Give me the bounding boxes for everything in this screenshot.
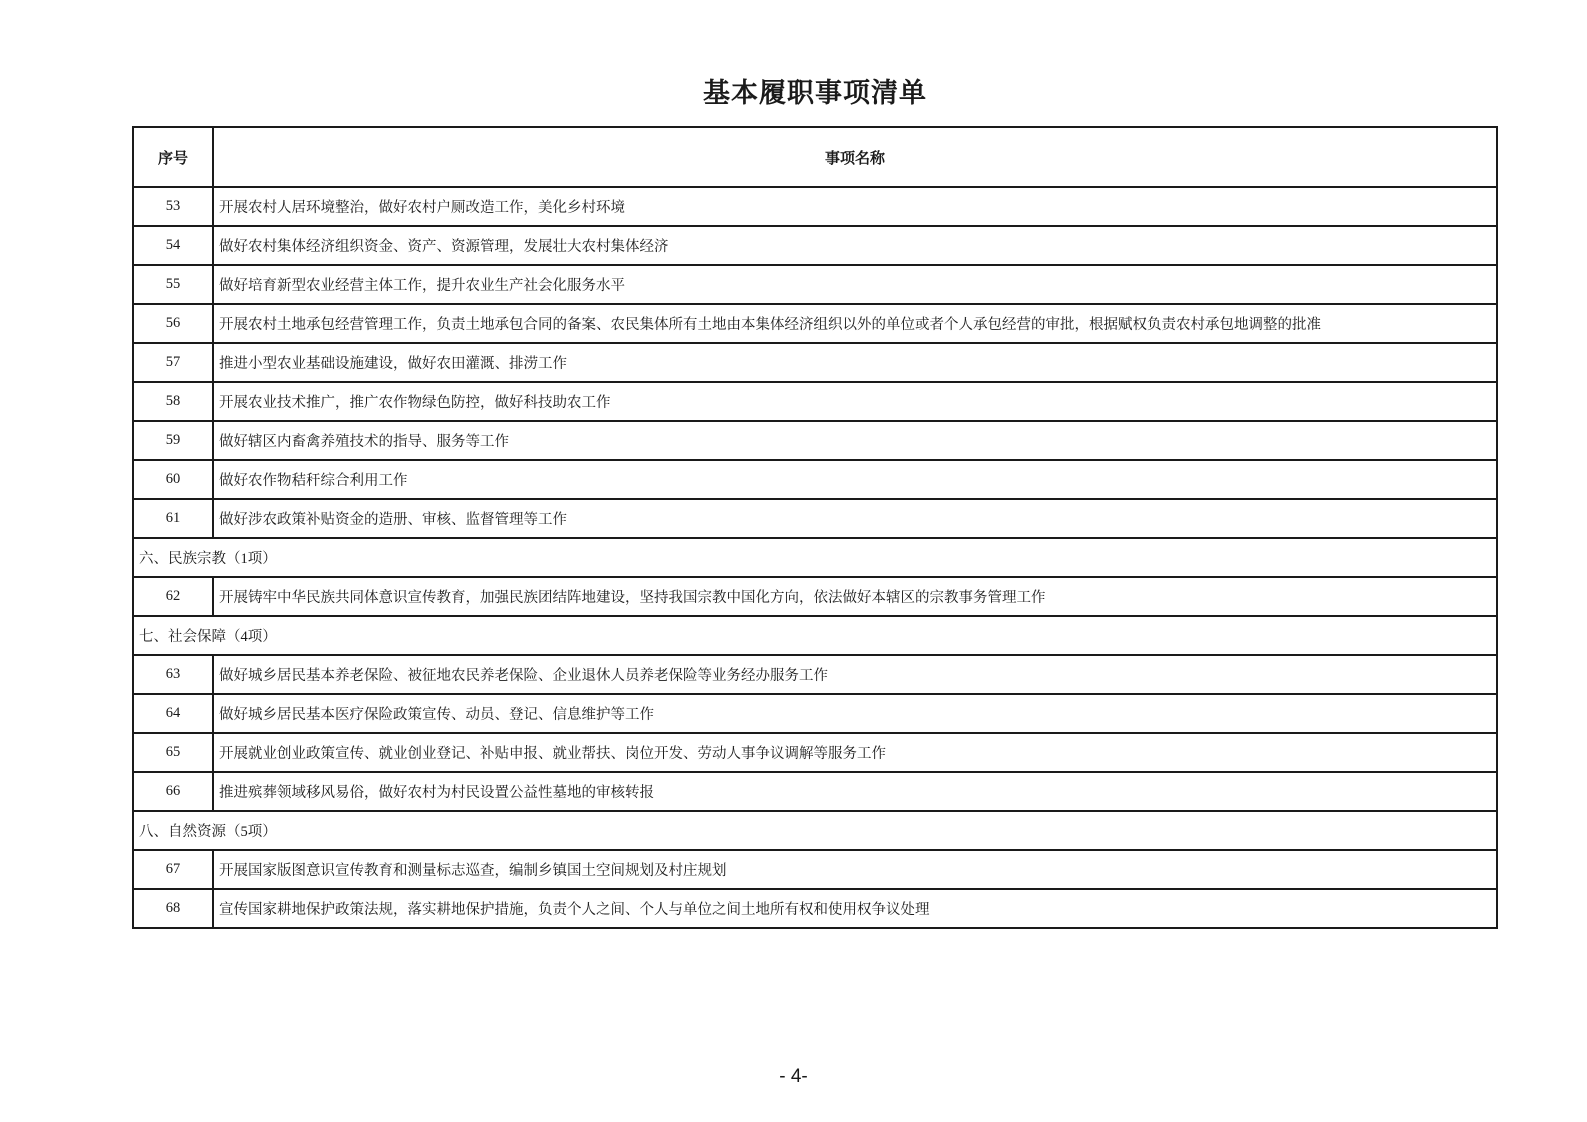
section-title: 六、民族宗教（1项） [133, 538, 1497, 577]
item-row: 53开展农村人居环境整治，做好农村户厕改造工作，美化乡村环境 [133, 187, 1497, 226]
item-name: 开展铸牢中华民族共同体意识宣传教育，加强民族团结阵地建设，坚持我国宗教中国化方向… [213, 577, 1497, 616]
item-row: 66推进殡葬领域移风易俗，做好农村为村民设置公益性墓地的审核转报 [133, 772, 1497, 811]
item-row: 64做好城乡居民基本医疗保险政策宣传、动员、登记、信息维护等工作 [133, 694, 1497, 733]
item-index: 68 [133, 889, 213, 928]
item-name: 做好农村集体经济组织资金、资产、资源管理，发展壮大农村集体经济 [213, 226, 1497, 265]
item-row: 60做好农作物秸秆综合利用工作 [133, 460, 1497, 499]
item-index: 67 [133, 850, 213, 889]
item-index: 54 [133, 226, 213, 265]
column-header-name: 事项名称 [213, 127, 1497, 187]
item-row: 54做好农村集体经济组织资金、资产、资源管理，发展壮大农村集体经济 [133, 226, 1497, 265]
duty-items-table: 序号 事项名称 53开展农村人居环境整治，做好农村户厕改造工作，美化乡村环境54… [132, 126, 1498, 929]
page-number: - 4- [0, 1066, 1587, 1088]
item-index: 65 [133, 733, 213, 772]
item-row: 63做好城乡居民基本养老保险、被征地农民养老保险、企业退休人员养老保险等业务经办… [133, 655, 1497, 694]
item-row: 67开展国家版图意识宣传教育和测量标志巡查，编制乡镇国土空间规划及村庄规划 [133, 850, 1497, 889]
item-row: 62开展铸牢中华民族共同体意识宣传教育，加强民族团结阵地建设，坚持我国宗教中国化… [133, 577, 1497, 616]
item-index: 62 [133, 577, 213, 616]
item-index: 56 [133, 304, 213, 343]
item-index: 60 [133, 460, 213, 499]
document-page: 基本履职事项清单 序号 事项名称 53开展农村人居环境整治，做好农村户厕改造工作… [132, 0, 1498, 929]
page-title: 基本履职事项清单 [132, 0, 1498, 107]
item-name: 做好培育新型农业经营主体工作，提升农业生产社会化服务水平 [213, 265, 1497, 304]
section-title: 八、自然资源（5项） [133, 811, 1497, 850]
item-row: 59做好辖区内畜禽养殖技术的指导、服务等工作 [133, 421, 1497, 460]
item-name: 开展就业创业政策宣传、就业创业登记、补贴申报、就业帮扶、岗位开发、劳动人事争议调… [213, 733, 1497, 772]
item-name: 推进小型农业基础设施建设，做好农田灌溉、排涝工作 [213, 343, 1497, 382]
column-header-index: 序号 [133, 127, 213, 187]
item-name: 做好城乡居民基本医疗保险政策宣传、动员、登记、信息维护等工作 [213, 694, 1497, 733]
item-name: 推进殡葬领域移风易俗，做好农村为村民设置公益性墓地的审核转报 [213, 772, 1497, 811]
section-row: 七、社会保障（4项） [133, 616, 1497, 655]
item-name: 做好农作物秸秆综合利用工作 [213, 460, 1497, 499]
item-row: 58开展农业技术推广，推广农作物绿色防控，做好科技助农工作 [133, 382, 1497, 421]
item-row: 56开展农村土地承包经营管理工作，负责土地承包合同的备案、农民集体所有土地由本集… [133, 304, 1497, 343]
item-row: 65开展就业创业政策宣传、就业创业登记、补贴申报、就业帮扶、岗位开发、劳动人事争… [133, 733, 1497, 772]
item-row: 68宣传国家耕地保护政策法规，落实耕地保护措施，负责个人之间、个人与单位之间土地… [133, 889, 1497, 928]
item-index: 58 [133, 382, 213, 421]
item-index: 63 [133, 655, 213, 694]
item-index: 57 [133, 343, 213, 382]
section-row: 六、民族宗教（1项） [133, 538, 1497, 577]
item-index: 53 [133, 187, 213, 226]
item-name: 开展国家版图意识宣传教育和测量标志巡查，编制乡镇国土空间规划及村庄规划 [213, 850, 1497, 889]
item-index: 66 [133, 772, 213, 811]
item-name: 开展农村人居环境整治，做好农村户厕改造工作，美化乡村环境 [213, 187, 1497, 226]
item-name: 做好辖区内畜禽养殖技术的指导、服务等工作 [213, 421, 1497, 460]
item-index: 55 [133, 265, 213, 304]
item-row: 61做好涉农政策补贴资金的造册、审核、监督管理等工作 [133, 499, 1497, 538]
table-header: 序号 事项名称 [133, 127, 1497, 187]
item-name: 做好城乡居民基本养老保险、被征地农民养老保险、企业退休人员养老保险等业务经办服务… [213, 655, 1497, 694]
item-index: 61 [133, 499, 213, 538]
item-row: 57推进小型农业基础设施建设，做好农田灌溉、排涝工作 [133, 343, 1497, 382]
header-row: 序号 事项名称 [133, 127, 1497, 187]
item-row: 55做好培育新型农业经营主体工作，提升农业生产社会化服务水平 [133, 265, 1497, 304]
item-index: 64 [133, 694, 213, 733]
table-body: 53开展农村人居环境整治，做好农村户厕改造工作，美化乡村环境54做好农村集体经济… [133, 187, 1497, 928]
section-row: 八、自然资源（5项） [133, 811, 1497, 850]
item-name: 宣传国家耕地保护政策法规，落实耕地保护措施，负责个人之间、个人与单位之间土地所有… [213, 889, 1497, 928]
item-name: 开展农村土地承包经营管理工作，负责土地承包合同的备案、农民集体所有土地由本集体经… [213, 304, 1497, 343]
item-name: 做好涉农政策补贴资金的造册、审核、监督管理等工作 [213, 499, 1497, 538]
section-title: 七、社会保障（4项） [133, 616, 1497, 655]
item-name: 开展农业技术推广，推广农作物绿色防控，做好科技助农工作 [213, 382, 1497, 421]
item-index: 59 [133, 421, 213, 460]
